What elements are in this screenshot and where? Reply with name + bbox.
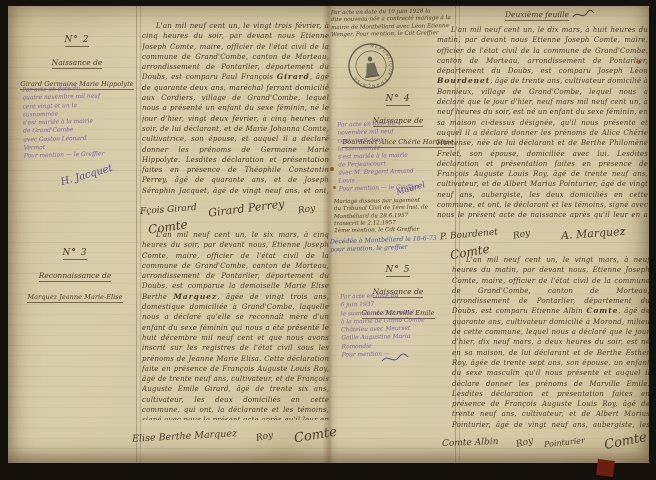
act2-surname: Girard [277,72,310,81]
signature: Roy [515,436,534,450]
signature: Comte Albin [442,437,499,449]
act5-number: N° 5 [334,257,462,277]
act3-text-pre: L'an mil neuf cent un, le six mars, à ci… [142,231,329,301]
act2-body: L'an mil neuf cent un, le vingt trois fé… [142,21,329,196]
header-paraph-flourish-icon [571,9,595,21]
signature: Girard Perrey [207,197,285,219]
republique-francaise-round-stamp-icon: RÉPUBLIQUE FRANÇAISE [344,39,398,93]
act5-marriage-mention-stamp: Par acte en date du 6 juin 1937 le susno… [340,290,460,359]
act5-body: L'an mil neuf cent un, le vingt mars, à … [452,255,650,431]
act3-name: Marquez Jeanne Marie-Elise [10,284,140,303]
signature: Roy [297,204,316,217]
registry-scan-page: N° 2 Naissance de Girard Germaine Marie … [0,0,656,480]
act4-text-post: , âgé de trente ans, cultivateur domicil… [437,77,648,221]
signature: Roy [255,430,274,443]
act4-text-pre: L'an mil neuf cent un, le dix mars, à hu… [437,26,648,75]
binding-fragment [596,459,615,477]
ink-stain [636,60,641,64]
act5-surname: Comte [586,306,618,315]
stamp-allegory-figure [363,56,380,79]
act3-surname: Marquez [173,292,217,301]
act3-body: L'an mil neuf cent un, le six mars, à ci… [142,230,329,420]
act5-stamp-paraph-flourish-icon [380,352,410,366]
act3-type: Reconnaissance de [10,263,140,282]
act4-body: L'an mil neuf cent un, le dix mars, à hu… [437,25,648,221]
act2-type: Naissance de [16,50,138,69]
ink-stain [330,167,334,171]
act3-number: N° 3 [10,240,140,260]
act5-text-post: , âgé de quarante ans, cultivateur domic… [452,307,650,431]
signature: A. Marquez [561,225,626,242]
margin-act3: N° 3 Reconnaissance de Marquez Jeanne Ma… [10,240,140,303]
act2-number: N° 2 [16,27,138,47]
signature: Fçois Girard [140,203,197,217]
act5-signatures: Comte Albin Roy Pointurier Comte [442,430,654,449]
act3-signatures: Elise Berthe Marquez Roy Comte [132,424,342,443]
act2-marriage-mention-stamp: Par acte en date du quatre novembre mil … [22,84,138,162]
act3-text-post: , âgée de vingt trois ans, domestique do… [142,293,329,420]
signature: Roy [512,228,531,241]
signature: P. Bourdenet [440,227,499,242]
page-header: Deuxième feuille [505,9,595,21]
act2-text-post: , âgé de quarante deux ans, maréchal fer… [142,73,329,196]
signature: Elise Berthe Marquez [132,428,237,444]
act4-surname: Bourdenet [437,76,490,85]
header-label: Deuxième feuille [505,10,569,21]
margin-act2: N° 2 Naissance de Girard Germaine Marie … [16,27,138,90]
signature: Pointurier [544,436,586,449]
ink-stain [333,186,336,189]
